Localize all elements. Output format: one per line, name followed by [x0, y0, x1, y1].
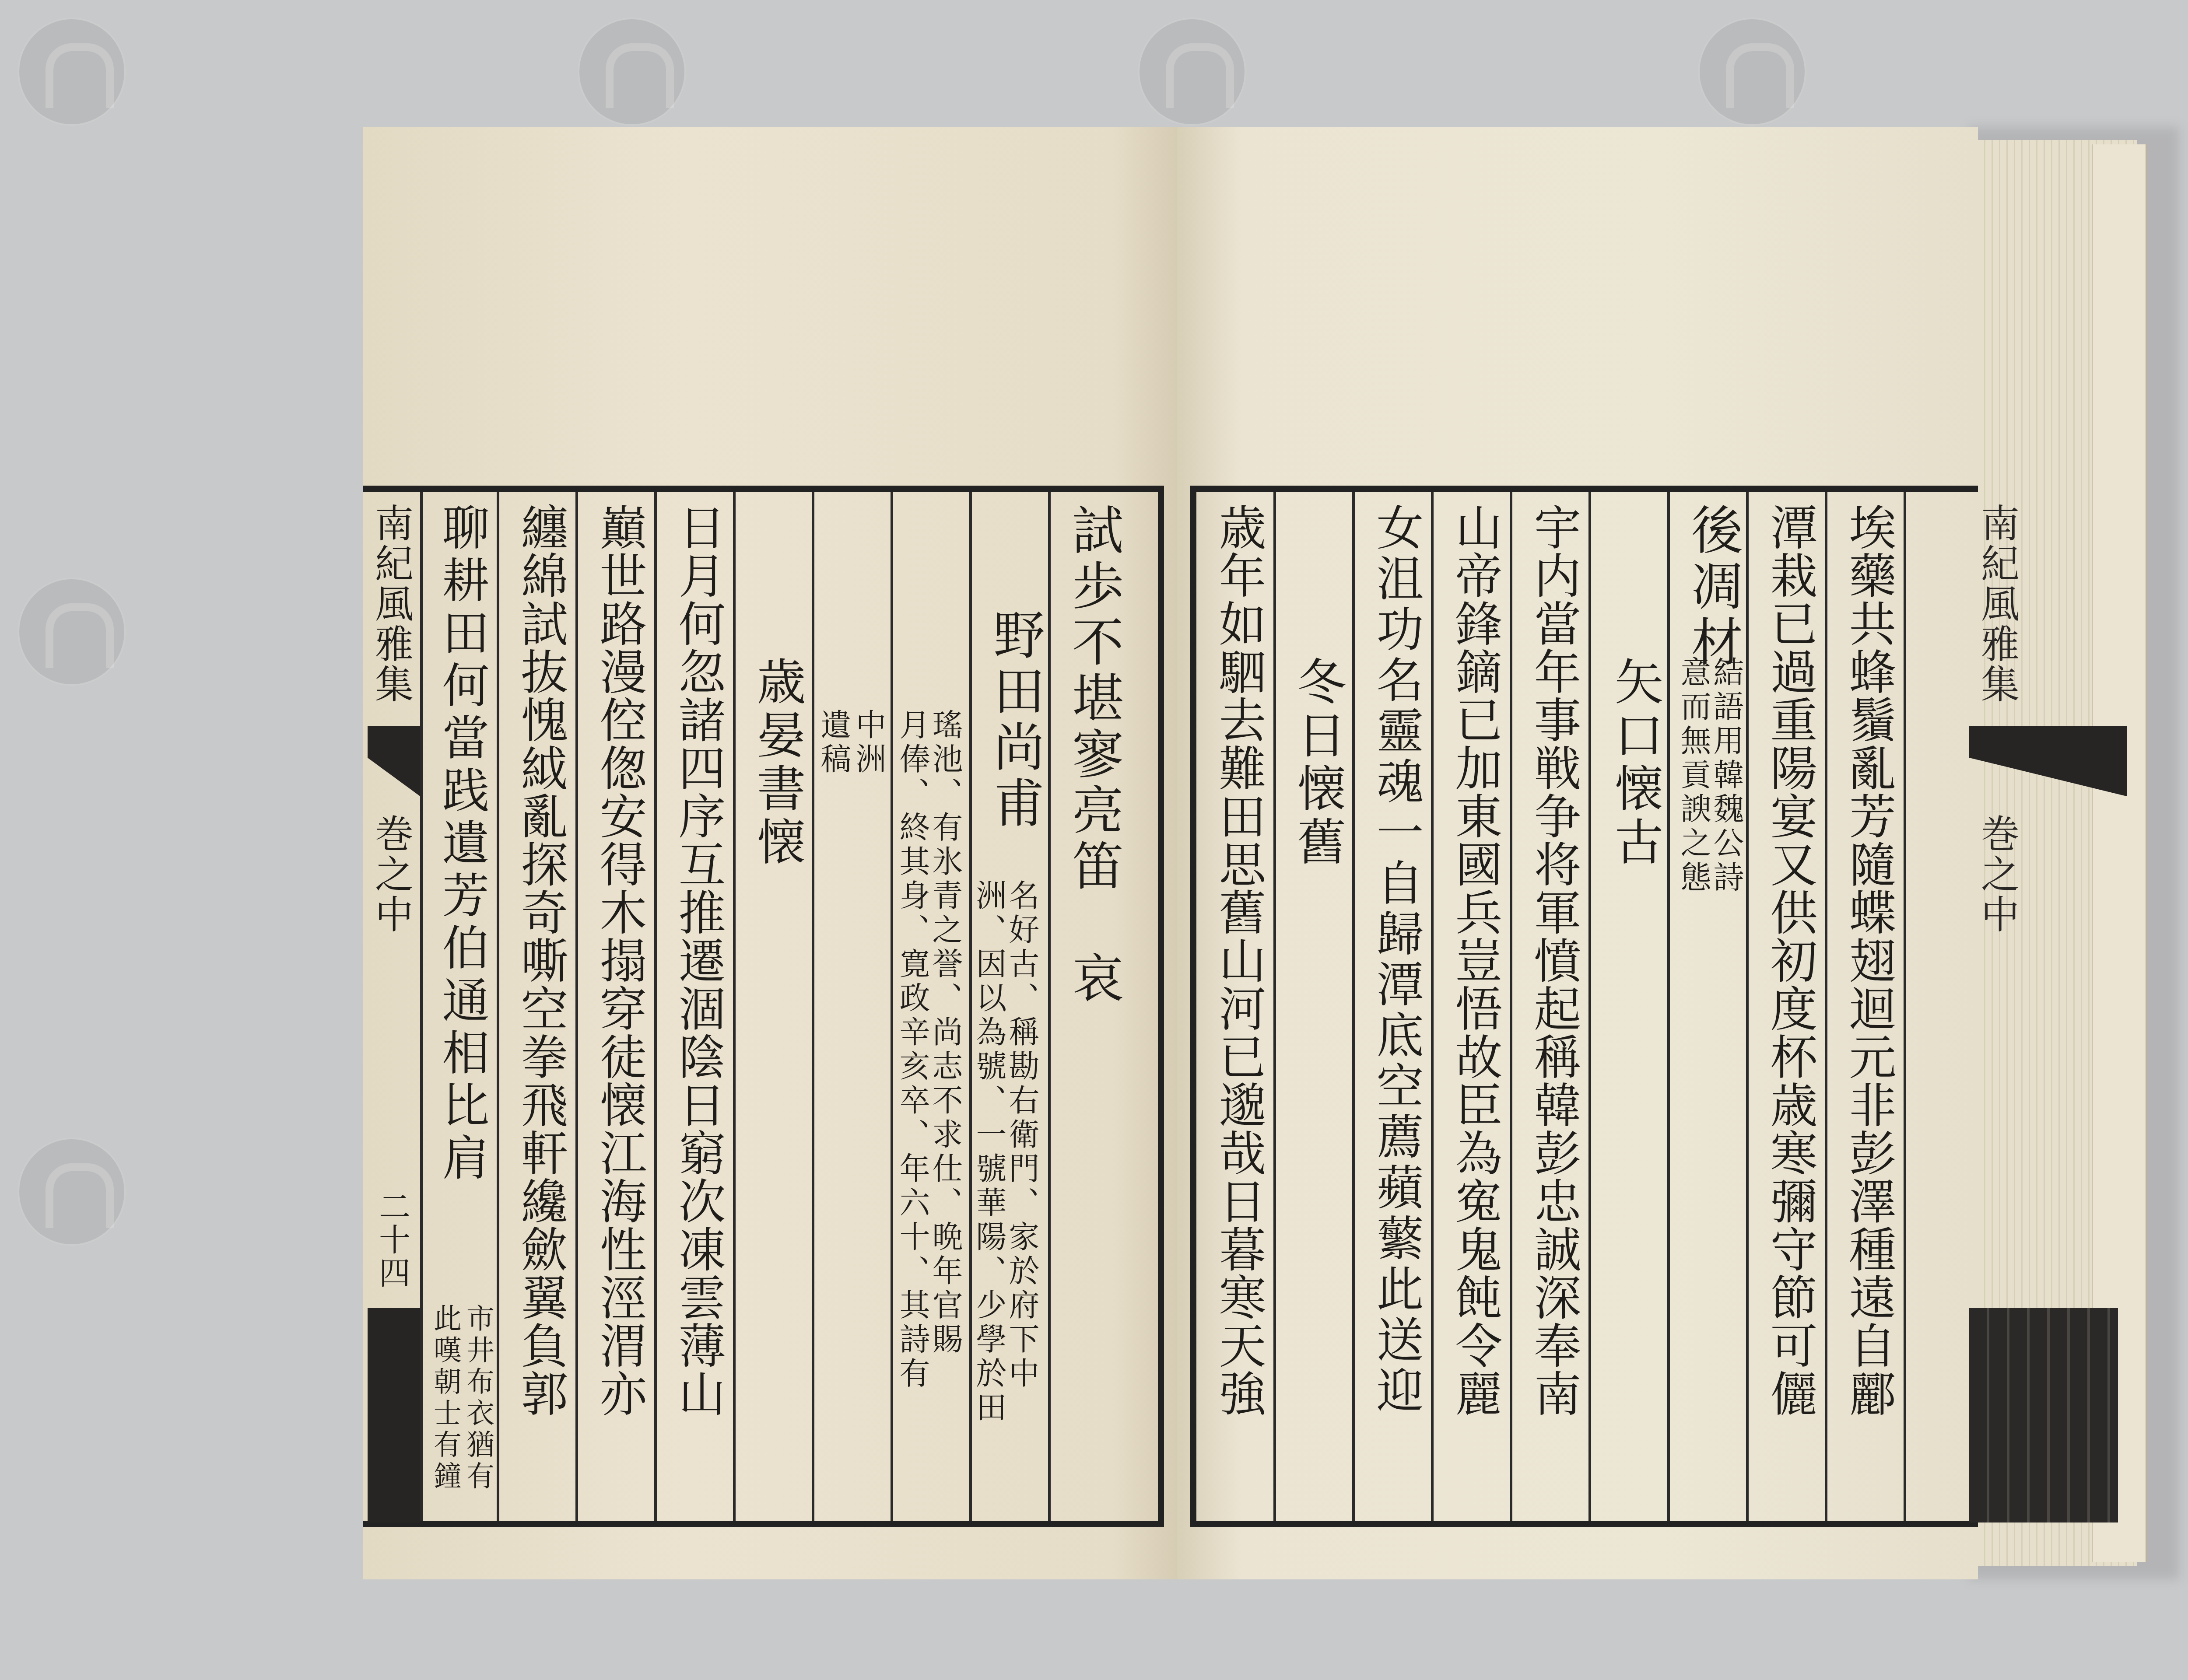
- poem-line: 宇内當年事戦争将軍憤起稱韓彭忠誠深奉南: [1529, 503, 1577, 1417]
- author-note: 中洲: [853, 709, 884, 777]
- column-rule: [654, 492, 657, 1521]
- poem-note: 此嘆朝士有鐘: [431, 1304, 459, 1493]
- poem-note: 意而無貢諛之態: [1678, 656, 1709, 895]
- column-rule: [812, 492, 814, 1521]
- watermark-logo-icon: [18, 577, 126, 686]
- watermark-logo-icon: [18, 1137, 126, 1246]
- column-rule: [1825, 492, 1827, 1521]
- column-rule: [1667, 492, 1670, 1521]
- poem-line: 試歩不堪寥亮笛𢧐哀: [1068, 503, 1119, 1007]
- poem-title: 矢口懐古: [1610, 656, 1659, 870]
- watermark-logo-icon: [18, 17, 126, 126]
- poem-note: 結語用韓魏公詩: [1711, 656, 1742, 895]
- fishtail-mark-bottom: [368, 1308, 420, 1522]
- column-rule: [497, 492, 499, 1521]
- column-rule: [1510, 492, 1512, 1521]
- stack-edge-title: 南紀風雅集: [1978, 503, 2016, 704]
- stack-edge-block: [1969, 1308, 2118, 1522]
- author-note: 遺稿: [818, 709, 849, 777]
- poem-line: 後凋材: [1687, 503, 1739, 671]
- column-rule: [1904, 492, 1906, 1521]
- author-name: 野田尚甫: [989, 608, 1041, 832]
- margin-column-divider: [420, 492, 423, 1521]
- poem-line: 歳年如駟去難田思舊山河已邈哉日暮寒天強: [1214, 503, 1262, 1417]
- poem-line: 日月何忽諸四序互推遷涸陰日窮次凍雲薄山: [674, 503, 721, 1417]
- poem-line: 纏綿試抜愧䋐亂探奇嘶空拳飛軒纔歛翼負郭: [516, 503, 564, 1417]
- author-note: 名好古、稱勘右衛門、家於府下中: [1006, 879, 1037, 1391]
- watermark-logo-icon: [1698, 17, 1806, 126]
- author-note: 瑤池、有氷青之誉、尚志不求仕、晩年官賜: [930, 709, 961, 1357]
- poem-line: 巔世路漫倥偬安得木搨穿徒懐江海性涇渭亦: [595, 503, 642, 1417]
- column-rule: [1048, 492, 1051, 1521]
- column-rule: [1273, 492, 1276, 1521]
- poem-line: 埃藥共蜂鬚亂芳隨蝶翅迴元非彭澤種遠自酈: [1844, 503, 1892, 1417]
- poem-line: 山帝鋒鏑已加東國兵豈悟故臣為寃鬼飩令麗: [1451, 503, 1498, 1417]
- poem-line: 潭栽已過重陽宴又供初度杯歳寒彌守節可儷: [1766, 503, 1813, 1417]
- column-rule: [1746, 492, 1749, 1521]
- poem-line: 女沮功名靈魂一自歸潭底空薦蘋蘩此送迎: [1372, 503, 1419, 1417]
- leaf-number: 二十四: [376, 1190, 408, 1290]
- author-note: 月俸、終其身、寛政辛亥卒、年六十、其詩有: [897, 709, 928, 1391]
- poem-note: 市井布衣猶有: [464, 1304, 492, 1493]
- poem-line: 聊耕田何當践遺芳伯通相比肩: [438, 503, 485, 1186]
- author-note: 洲、因以為號、一號華陽、少學於田: [974, 879, 1004, 1425]
- column-rule: [891, 492, 893, 1521]
- volume-label: 巻之中: [372, 814, 410, 934]
- column-rule: [1588, 492, 1591, 1521]
- column-rule: [733, 492, 736, 1521]
- poem-title: 冬日懐舊: [1293, 656, 1342, 870]
- book-title: 南紀風雅集: [372, 503, 410, 704]
- column-rule: [1352, 492, 1355, 1521]
- column-rule: [575, 492, 578, 1521]
- column-rule: [1431, 492, 1434, 1521]
- watermark-logo-icon: [1138, 17, 1246, 126]
- stack-edge-volume: 巻之中: [1978, 814, 2016, 934]
- watermark-logo-icon: [578, 17, 686, 126]
- poem-title: 歳晏書懐: [753, 656, 802, 870]
